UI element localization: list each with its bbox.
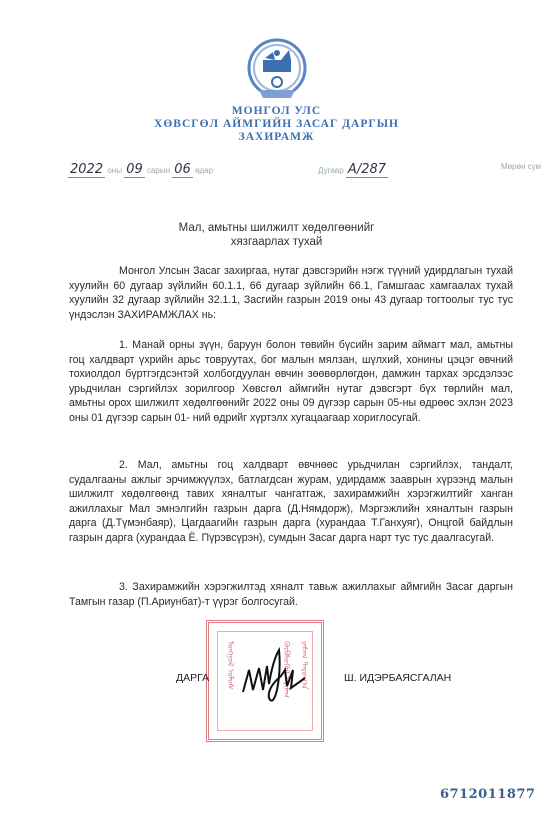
signatory-role: ДАРГА (176, 672, 209, 684)
handwritten-signature (235, 640, 315, 710)
document-date: 2022 оны 09 сарын 06 өдөр (68, 162, 213, 177)
document-place: Мөрөн сум (501, 162, 541, 171)
number-label: Дугаар (318, 166, 344, 175)
date-month: 09 (124, 162, 145, 178)
serial-number: 6712011877 (440, 787, 535, 802)
document-title: Мал, амьтны шилжилт хөдөлгөөнийг хязгаар… (0, 221, 553, 249)
day-label: өдөр (195, 166, 213, 175)
item-2-paragraph: 2. Мал, амьтны гоц халдварт өвчнөөс урьд… (69, 458, 513, 546)
title-line-2: хязгаарлах тухай (0, 235, 553, 249)
document-type: ЗАХИРАМЖ (0, 131, 553, 143)
date-year: 2022 (68, 162, 105, 178)
mongolia-state-emblem-icon (245, 38, 309, 102)
item-3-paragraph: 3. Захирамжийн хэрэгжилтэд хяналт тавьж … (69, 580, 513, 609)
issuing-authority: ХӨВСГӨЛ АЙМГИЙН ЗАСАГ ДАРГЫН (0, 118, 553, 130)
document-number: Дугаар А/287 (318, 162, 388, 177)
item-1-paragraph: 1. Манай орны зүүн, баруун болон төвийн … (69, 338, 513, 426)
signatory-name: Ш. ИДЭРБАЯСГАЛАН (344, 672, 451, 684)
month-label: сарын (147, 166, 170, 175)
number-value: А/287 (346, 162, 388, 178)
preamble-paragraph: Монгол Улсын Засаг захиргаа, нутаг дэвсг… (69, 264, 513, 322)
title-line-1: Мал, амьтны шилжилт хөдөлгөөнийг (0, 221, 553, 235)
year-label: оны (107, 166, 122, 175)
country-name: МОНГОЛ УЛС (0, 105, 553, 117)
date-day: 06 (172, 162, 193, 178)
